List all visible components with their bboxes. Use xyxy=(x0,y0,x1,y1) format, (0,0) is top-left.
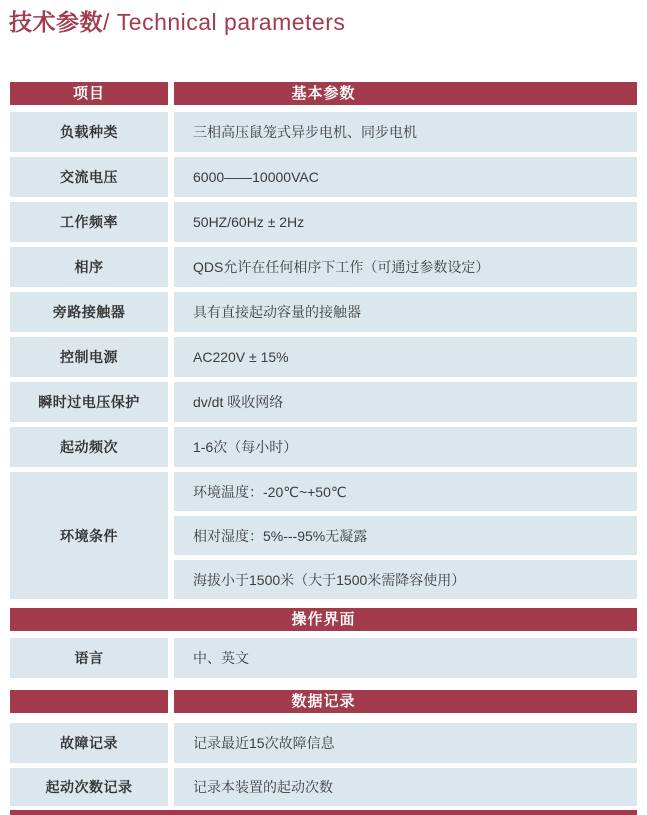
page-title: 技术参数/ Technical parameters xyxy=(9,8,647,36)
row-value: dv/dt 吸收网络 xyxy=(174,382,637,422)
row-value: 中、英文 xyxy=(174,638,637,678)
row-value: 记录最近15次故障信息 xyxy=(174,723,637,763)
row-ac-voltage: 交流电压 6000——10000VAC xyxy=(10,157,637,197)
section-bar-right-block xyxy=(174,690,637,713)
section-bar-operation-interface: 操作界面 xyxy=(10,608,637,631)
row-label: 语言 xyxy=(10,638,168,678)
row-label: 负载种类 xyxy=(10,112,168,152)
row-label: 瞬时过电压保护 xyxy=(10,382,168,422)
row-value: QDS允许在任何相序下工作（可通过参数设定） xyxy=(174,247,637,287)
environment-temperature: 环境温度：-20℃~+50℃ xyxy=(174,472,637,511)
header-cell-item: 项目 xyxy=(10,82,168,105)
row-value: 6000——10000VAC xyxy=(174,157,637,197)
row-start-frequency: 起动频次 1-6次（每小时） xyxy=(10,427,637,467)
row-phase-sequence: 相序 QDS允许在任何相序下工作（可通过参数设定） xyxy=(10,247,637,287)
row-bypass-contactor: 旁路接触器 具有直接起动容量的接触器 xyxy=(10,292,637,332)
row-label: 旁路接触器 xyxy=(10,292,168,332)
row-label: 起动频次 xyxy=(10,427,168,467)
row-label: 起动次数记录 xyxy=(10,768,168,806)
row-value: 记录本装置的起动次数 xyxy=(174,768,637,806)
row-label: 控制电源 xyxy=(10,337,168,377)
page-title-cjk: 技术参数 xyxy=(9,9,103,35)
row-label: 相序 xyxy=(10,247,168,287)
section-bar-left-block xyxy=(10,690,168,713)
cropped-next-section-bar xyxy=(10,810,637,815)
environment-altitude: 海拔小于1500米（大于1500米需降容使用） xyxy=(174,560,637,599)
row-label: 交流电压 xyxy=(10,157,168,197)
row-frequency: 工作频率 50HZ/60Hz ± 2Hz xyxy=(10,202,637,242)
row-value: AC220V ± 15% xyxy=(174,337,637,377)
row-fault-record: 故障记录 记录最近15次故障信息 xyxy=(10,723,637,763)
row-load-type: 负载种类 三相高压鼠笼式异步电机、同步电机 xyxy=(10,112,637,152)
section-title: 操作界面 xyxy=(10,608,637,631)
row-label: 故障记录 xyxy=(10,723,168,763)
row-value: 具有直接起动容量的接触器 xyxy=(174,292,637,332)
spec-table: 项目 基本参数 负载种类 三相高压鼠笼式异步电机、同步电机 交流电压 6000—… xyxy=(10,82,637,806)
table-header-row: 项目 基本参数 xyxy=(10,82,637,105)
page-title-latin: / Technical parameters xyxy=(103,9,345,35)
section-bar-data-records: 数据记录 xyxy=(10,690,637,713)
row-start-count-record: 起动次数记录 记录本装置的起动次数 xyxy=(10,768,637,806)
row-value: 1-6次（每小时） xyxy=(174,427,637,467)
header-cell-params-bar xyxy=(174,82,637,105)
row-label: 环境条件 xyxy=(10,472,168,599)
row-value: 50HZ/60Hz ± 2Hz xyxy=(174,202,637,242)
row-value: 三相高压鼠笼式异步电机、同步电机 xyxy=(174,112,637,152)
row-overvoltage-protection: 瞬时过电压保护 dv/dt 吸收网络 xyxy=(10,382,637,422)
environment-sub-rows: 环境温度：-20℃~+50℃ 相对湿度：5%---95%无凝露 海拔小于1500… xyxy=(174,472,637,599)
environment-humidity: 相对湿度：5%---95%无凝露 xyxy=(174,516,637,555)
spec-sheet-page: 技术参数/ Technical parameters 项目 基本参数 负载种类 … xyxy=(0,8,647,815)
row-control-power: 控制电源 AC220V ± 15% xyxy=(10,337,637,377)
row-environment: 环境条件 环境温度：-20℃~+50℃ 相对湿度：5%---95%无凝露 海拔小… xyxy=(10,472,637,599)
row-language: 语言 中、英文 xyxy=(10,638,637,678)
row-label: 工作频率 xyxy=(10,202,168,242)
